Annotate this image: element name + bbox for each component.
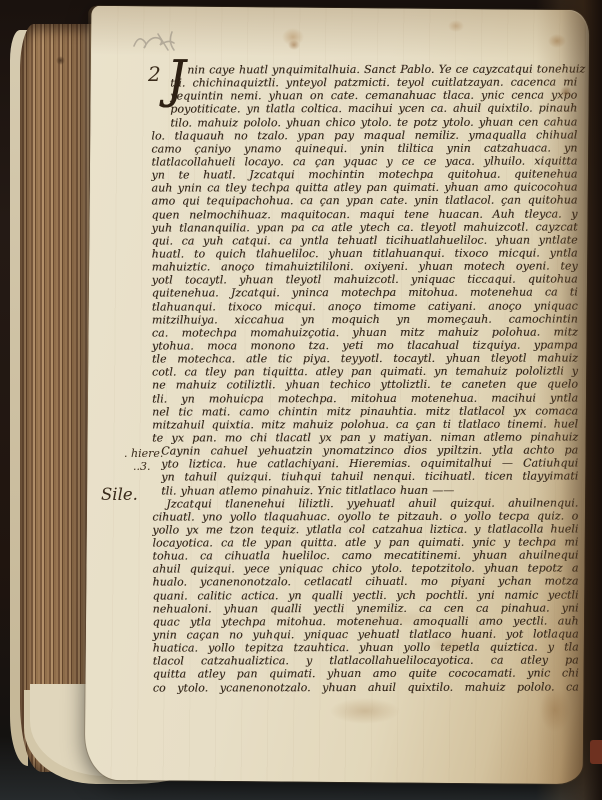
text-line: Caynin cahuel yehuatzin ynomatzinco dios… bbox=[152, 444, 578, 458]
text-line: mitzahuil quixtia. mitz mahuiz polohua. … bbox=[152, 417, 578, 431]
text-line: quac ytla ytechpa mitohua. motenehua. am… bbox=[153, 614, 579, 628]
text-line: tlahuanqui. tixoco micqui. anoço timome … bbox=[152, 299, 578, 313]
manuscript-photo: 2 J nin caye huatl ynquimitalhuia. Sanct… bbox=[0, 0, 602, 800]
text-line: quen nelmochihuaz. maquitocan. maqui ten… bbox=[152, 207, 578, 221]
text-line: auh ynin ca tley techpa quitta atley pan… bbox=[151, 181, 577, 195]
text-line: tli. yhuan atlemo pinahuiz. Ynic titlatl… bbox=[152, 483, 468, 497]
margin-note-chapter: ..3. bbox=[133, 460, 151, 473]
text-line: poyotiticate. yn tlatla coltica. macihui… bbox=[151, 102, 577, 116]
text-line: ynin caçan no yuhqui. yniquac yehuatl tl… bbox=[153, 627, 579, 641]
text-line: tilo. mahuiz pololo. yhuan chico ytolo. … bbox=[151, 115, 577, 129]
text-line: yotl tocaytl. yhuan tleyotl mahuizcotl. … bbox=[152, 273, 578, 287]
margin-note-sile: Sile. bbox=[101, 485, 138, 504]
text-line: quitenehua. Jzcatqui. yninca motechpa mi… bbox=[152, 286, 578, 300]
text-line: te yx pan. mo chi tlacatl yx pan y matiy… bbox=[152, 430, 578, 444]
text-line: ne mahuiz cotiliztli. yhuan techico ytto… bbox=[152, 378, 578, 392]
text-line: cihuatl. yno yollo tlaquahuac. oyollo te… bbox=[152, 509, 578, 523]
text-line: amo qui tequipachohua. ca çan ypan cate.… bbox=[152, 194, 578, 208]
text-line: tli. yn mohuicpa motechpa. mitohua moten… bbox=[152, 391, 578, 405]
text-line: ahuil quizqui. yece yniquac chico ytolo.… bbox=[152, 562, 578, 576]
text-line: tli. chichinaquiztli. ynteyol patzmicti.… bbox=[151, 76, 577, 90]
text-line: qui. ca yuh catqui. ca yntla tehuatl tic… bbox=[152, 233, 578, 247]
text-line: co ytolo. ycanenonotzalo. yhuan ahuil qu… bbox=[153, 680, 579, 694]
text-line: tohua. ca cihuatla hueliloc. camo mecati… bbox=[152, 549, 578, 563]
text-line: nel tic mati. camo chintin mitz pinauhti… bbox=[152, 404, 578, 418]
text-line: lo. tlaquauh no tzalo. ypan pay maqual n… bbox=[151, 128, 577, 142]
text-line: tlatlacollahueli locayo. ca çan yquac y … bbox=[151, 154, 577, 168]
text-line: huatl. to quich tlahueliloc. yhuan titla… bbox=[152, 246, 578, 260]
margin-note-hieremias: . hiere. bbox=[124, 447, 163, 460]
text-line: nin caye huatl ynquimitalhuia. Sanct Pab… bbox=[151, 62, 577, 76]
text-line: nehualoni. yhuan qualli yectli ynemiliz.… bbox=[153, 601, 579, 615]
text-line: Jzcatqui tlanenehui liliztli. yyehuatl a… bbox=[152, 496, 578, 510]
text-line: ytohua. moca monono tza. yeti mo tlacahu… bbox=[152, 338, 578, 352]
text-line: yollo yx me tzon tequiz. ytlatla col cat… bbox=[152, 522, 578, 536]
text-line: quitta atley pan quimati. yhuan amo quit… bbox=[153, 667, 579, 681]
text-line: yto liztica. hue catlachiyani. Hieremias… bbox=[152, 457, 578, 471]
text-block: nin caye huatl ynquimitalhuia. Sanct Pab… bbox=[151, 62, 579, 694]
text-line: cotl. ca tley pan tiquitta. atley pan qu… bbox=[152, 365, 578, 379]
text-line: mahuiztic. anoço timahuiztililoni. oxiye… bbox=[152, 260, 578, 274]
text-line: yuh tlananquilia. ypan pa ca atle ytech … bbox=[152, 220, 578, 234]
text-line: tle motechca. atle tic piya. teyyotl. to… bbox=[152, 352, 578, 366]
text-line: yequintin nemi. yhuan on cate. cemanahua… bbox=[151, 89, 577, 103]
board-edge bbox=[590, 740, 602, 764]
text-line: huatica. yollo tepitza tzauhtica. yhuan … bbox=[153, 641, 579, 655]
text-line: locayotica. ca tle ypan quitta. atle y p… bbox=[152, 536, 578, 550]
text-line: camo çaniyo ynamo quinequi. ynin tliltic… bbox=[151, 141, 577, 155]
text-line: quani. calitic actica. yn qualli yectli.… bbox=[153, 588, 579, 602]
text-line: hualo. ycanenonotzalo. cetlacatl cihuatl… bbox=[153, 575, 579, 589]
text-line: yn tahuil quizqui. tiuhqui tahuil nenqui… bbox=[152, 470, 578, 484]
text-line: ca. motechpa momahuizçotia. yhuan mitz m… bbox=[152, 325, 578, 339]
text-line: yn te huatl. Jzcatqui mochintin motechpa… bbox=[151, 168, 577, 182]
text-line: mitzilhuiya. xiccahua yn moquich yn mome… bbox=[152, 312, 578, 326]
text-line: tlacol catzahualiztica. y tlatlacollahue… bbox=[153, 654, 579, 668]
